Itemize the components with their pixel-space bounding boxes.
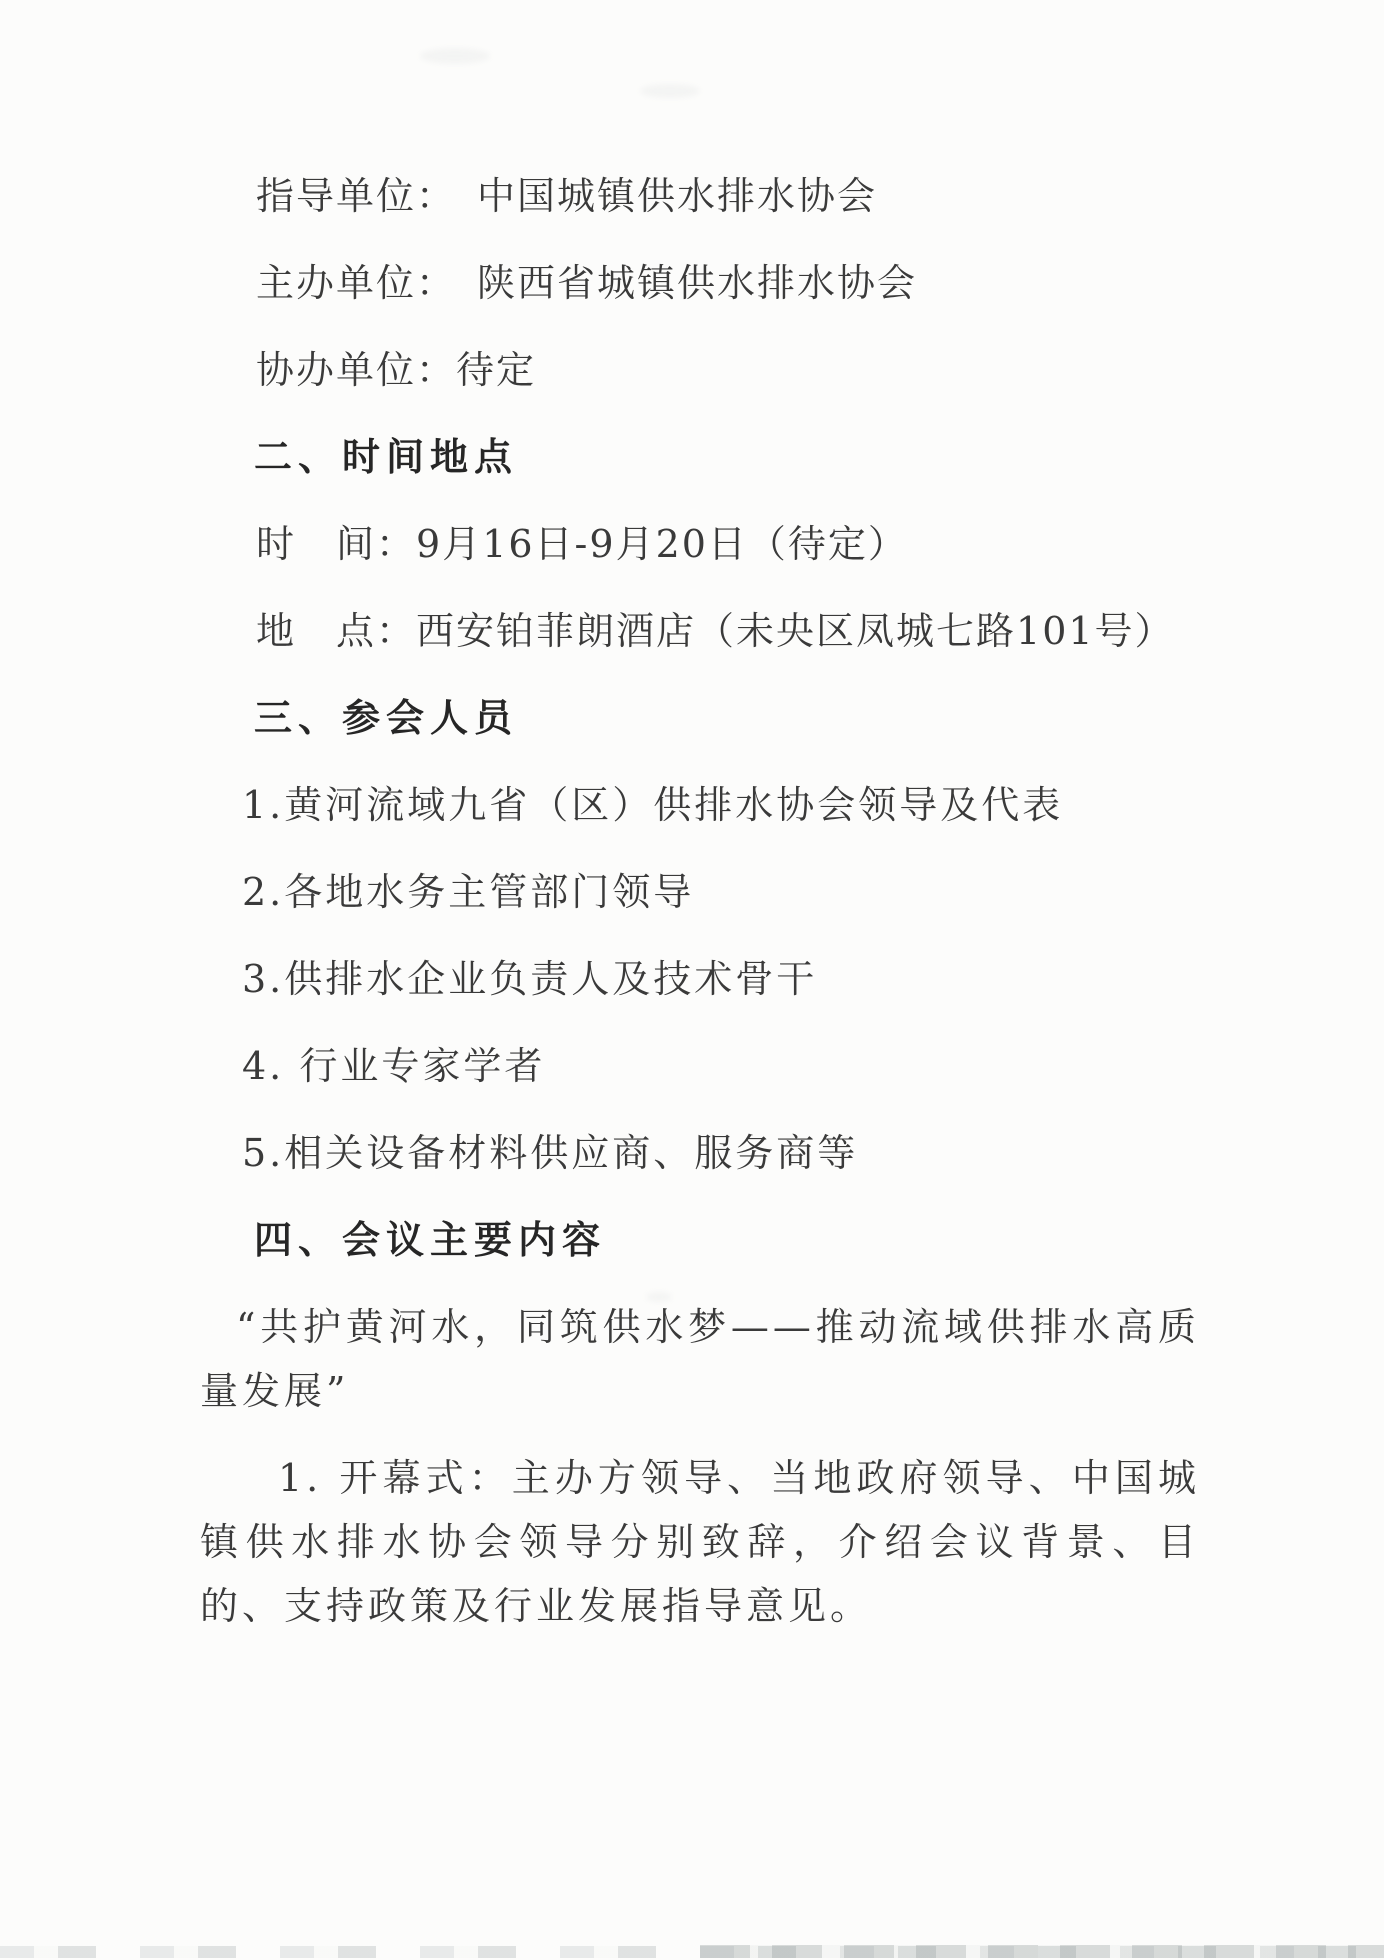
organizer-label: 协办单位： <box>256 348 456 392</box>
place-line: 地 点：西安铂菲朗酒店（未央区凤城七路101号） <box>200 599 1200 663</box>
organizer-value: 陕西省城镇供水排水协会 <box>437 261 917 305</box>
section-heading-participants: 三、参会人员 <box>200 686 1200 750</box>
organizer-line-host: 主办单位： 陕西省城镇供水排水协会 <box>200 251 1200 315</box>
time-label: 时 间： <box>256 522 416 566</box>
opening-ceremony-paragraph: 1. 开幕式：主办方领导、当地政府领导、中国城镇供水排水协会领导分别致辞，介绍会… <box>200 1446 1200 1638</box>
participant-item-2: 2.各地水务主管部门领导 <box>200 860 1200 924</box>
participant-item-4: 4. 行业专家学者 <box>200 1034 1200 1098</box>
time-line: 时 间：9月16日-9月20日（待定） <box>200 512 1200 576</box>
section-heading-content: 四、会议主要内容 <box>200 1208 1200 1272</box>
organizer-label: 主办单位： <box>256 261 437 305</box>
participant-item-3: 3.供排水企业负责人及技术骨干 <box>200 947 1200 1011</box>
meeting-theme-quote: “共护黄河水，同筑供水梦——推动流域供排水高质量发展” <box>200 1295 1200 1423</box>
document-body: 指导单位： 中国城镇供水排水协会 主办单位： 陕西省城镇供水排水协会 协办单位：… <box>200 164 1200 1661</box>
scanned-document-page: 指导单位： 中国城镇供水排水协会 主办单位： 陕西省城镇供水排水协会 协办单位：… <box>0 0 1384 1960</box>
scan-edge-artifact <box>700 1945 1384 1958</box>
organizer-value: 中国城镇供水排水协会 <box>437 174 877 218</box>
participant-item-5: 5.相关设备材料供应商、服务商等 <box>200 1121 1200 1185</box>
organizer-label: 指导单位： <box>256 174 437 218</box>
organizer-line-guidance: 指导单位： 中国城镇供水排水协会 <box>200 164 1200 228</box>
scan-smudge <box>640 84 700 98</box>
place-value: 西安铂菲朗酒店（未央区凤城七路101号） <box>416 609 1175 653</box>
section-heading-time-place: 二、时间地点 <box>200 425 1200 489</box>
organizer-line-cohost: 协办单位：待定 <box>200 338 1200 402</box>
organizer-value: 待定 <box>456 348 536 392</box>
time-value: 9月16日-9月20日（待定） <box>416 522 908 566</box>
place-label: 地 点： <box>256 609 416 653</box>
scan-smudge <box>420 48 490 64</box>
participant-item-1: 1.黄河流域九省（区）供排水协会领导及代表 <box>200 773 1200 837</box>
